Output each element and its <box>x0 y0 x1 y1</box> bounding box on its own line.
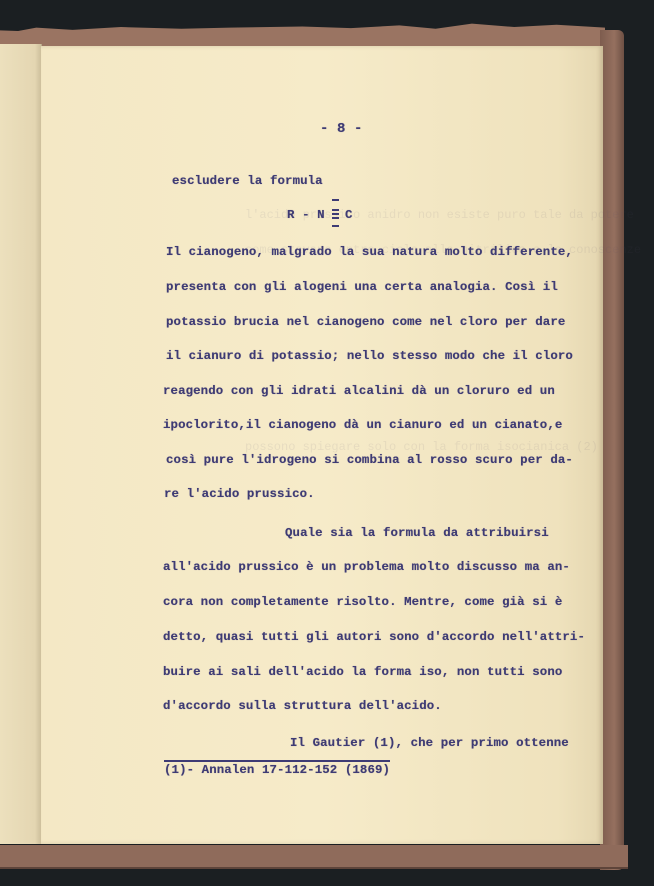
text-line: cora non completamente risolto. Mentre, … <box>163 595 562 609</box>
text-line: Il Gautier (1), che per primo ottenne <box>290 736 569 750</box>
text-line: d'accordo sulla struttura dell'acido. <box>163 699 442 713</box>
text-line: Il cianogeno, malgrado la sua natura mol… <box>166 245 573 259</box>
binding-right-edge <box>600 30 624 870</box>
text-line: ipoclorito,il cianogeno dà un cianuro ed… <box>163 418 562 432</box>
text-line: il cianuro di potassio; nello stesso mod… <box>166 349 573 363</box>
binding-bottom-edge <box>0 845 628 869</box>
text-line: potassio brucia nel cianogeno come nel c… <box>166 315 565 329</box>
text-line: reagendo con gli idrati alcalini dà un c… <box>163 384 555 398</box>
text-line: così pure l'idrogeno si combina al rosso… <box>166 453 573 467</box>
formula-r-n: R - N <box>287 208 325 222</box>
text-line: presenta con gli alogeni una certa analo… <box>166 280 558 294</box>
formula-c: C <box>345 208 353 222</box>
text-line: Quale sia la formula da attribuirsi <box>285 526 549 540</box>
page-number: - 8 - <box>320 121 363 137</box>
facing-page-edge <box>0 44 42 844</box>
text-line: re l'acido prussico. <box>164 487 315 501</box>
text-line: detto, quasi tutti gli autori sono d'acc… <box>163 630 585 644</box>
footnote-divider <box>164 760 390 762</box>
footnote: (1)- Annalen 17-112-152 (1869) <box>164 763 390 777</box>
text-line: all'acido prussico è un problema molto d… <box>163 560 570 574</box>
scanned-book-page: l'acido prussico anidro non esiste puro … <box>0 0 654 886</box>
text-line: escludere la formula <box>172 174 323 188</box>
show-through-text: possono spiegare solo con la forma isoci… <box>245 440 598 454</box>
text-line: buire ai sali dell'acido la forma iso, n… <box>163 665 562 679</box>
triple-bond-icon <box>332 199 339 229</box>
